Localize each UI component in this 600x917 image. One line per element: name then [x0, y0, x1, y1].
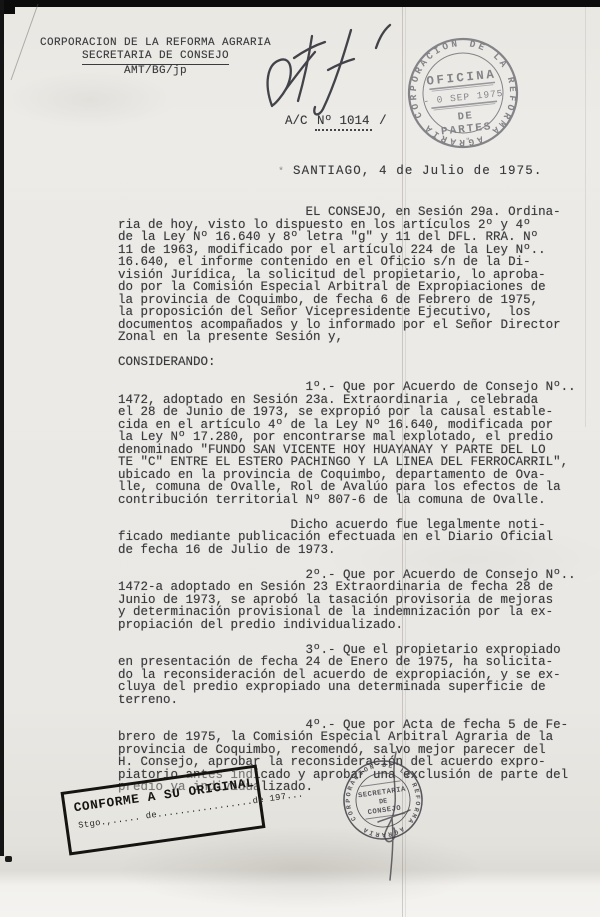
doc-number-suffix: / — [379, 114, 387, 128]
doc-number-prefix: A/C — [285, 114, 308, 128]
office-stamp-ornament: " — [466, 138, 471, 146]
signature-flourish — [352, 748, 432, 883]
document-number-line: A/C Nº 1014 / — [285, 114, 387, 128]
letterhead-organization: CORPORACION DE LA REFORMA AGRARIA — [40, 37, 271, 50]
letterhead: CORPORACION DE LA REFORMA AGRARIA SECRET… — [40, 37, 271, 78]
letterhead-department: SECRETARIA DE CONSEJO — [82, 50, 229, 65]
body-paragraph-2: 2º.- Que por Acuerdo de Consejo Nº.. 147… — [118, 569, 588, 632]
scan-edge-top — [0, 0, 600, 7]
body-paragraph-1: 1º.- Que por Acuerdo de Consejo Nº.. 147… — [118, 381, 588, 506]
document-body: EL CONSEJO, en Sesión 29a. Ordina- ria d… — [118, 206, 588, 806]
conforme-stamp: CONFORME A SU ORIGINAL Stgo.,..... de...… — [61, 765, 266, 856]
body-paragraph-opening: EL CONSEJO, en Sesión 29a. Ordina- ria d… — [118, 206, 588, 344]
dateline: SANTIAGO, 4 de Julio de 1975. — [293, 164, 542, 178]
office-round-stamp: CORPORACION DE LA REFORMA AGRARIA OFICIN… — [397, 27, 529, 159]
office-stamp-line2: DE — [457, 110, 474, 124]
body-heading-considerando: CONSIDERANDO: — [118, 356, 588, 369]
scan-edge-dot — [5, 856, 12, 862]
body-paragraph-3: 3º.- Que el propietario expropiado en pr… — [118, 644, 588, 707]
doc-number-value: Nº 1014 — [315, 114, 372, 131]
handwritten-annotation — [258, 12, 398, 127]
scan-edge-left — [0, 0, 4, 856]
dateline-mark: * — [278, 167, 284, 178]
letterhead-reference-initials: AMT/BG/jp — [40, 65, 271, 78]
body-paragraph-1b: Dicho acuerdo fue legalmente noti- ficad… — [118, 519, 588, 557]
scanned-document-page: CORPORACION DE LA REFORMA AGRARIA SECRET… — [0, 0, 600, 917]
